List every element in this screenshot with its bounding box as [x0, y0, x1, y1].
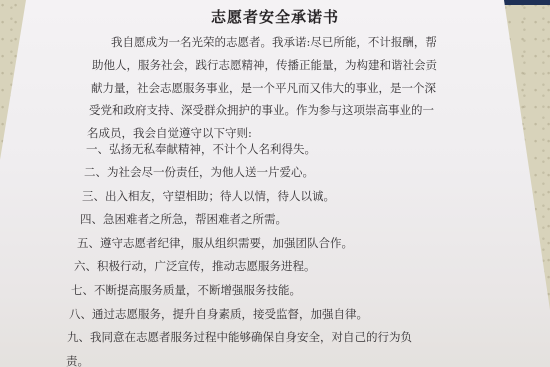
rule-item-7: 七、不断提高服务质量，不断增强服务技能。 — [71, 282, 301, 298]
commitment-document: 志愿者安全承诺书 我自愿成为一名光荣的志愿者。我承诺:尽已所能，不计报酬，帮 助… — [0, 0, 550, 367]
rule-item-2: 二、为社会尽一份责任，为他人送一片爱心。 — [84, 164, 314, 180]
rule-item-6: 六、积极行动，广泛宣传，推动志愿服务进程。 — [74, 258, 316, 274]
rule-item-5: 五、遵守志愿者纪律，服从组织需要，加强团队合作。 — [77, 235, 353, 251]
rule-item-8: 八、通过志愿服务，提升自身素质，接受监督，加强自律。 — [69, 306, 368, 322]
rule-item-9-cont: 责。 — [66, 353, 89, 367]
intro-line: 献力量，社会志愿服务事业，是一个平凡而又伟大的事业，是一个深 — [91, 80, 436, 96]
rule-item-1: 一、弘扬无私奉献精神，不计个人名利得失。 — [86, 141, 316, 157]
rule-item-3: 三、出入相友，守望相助；待人以情，待人以诚。 — [82, 188, 335, 204]
intro-line: 我自愿成为一名光荣的志愿者。我承诺:尽已所能，不计报酬，帮 — [111, 34, 437, 50]
intro-line: 名成员，我会自觉遵守以下守则: — [87, 125, 252, 141]
rule-item-9: 九、我同意在志愿者服务过程中能够确保自身安全，对自己的行为负 — [67, 329, 412, 345]
intro-line: 助他人，服务社会，践行志愿精神，传播正能量，为构建和谐社会贡 — [92, 57, 437, 73]
intro-line: 受党和政府支持、深受群众拥护的事业。作为参与这项崇高事业的一 — [89, 102, 434, 118]
rule-item-4: 四、急困难者之所急，帮困难者之所需。 — [80, 211, 287, 227]
document-title: 志愿者安全承诺书 — [0, 6, 550, 27]
